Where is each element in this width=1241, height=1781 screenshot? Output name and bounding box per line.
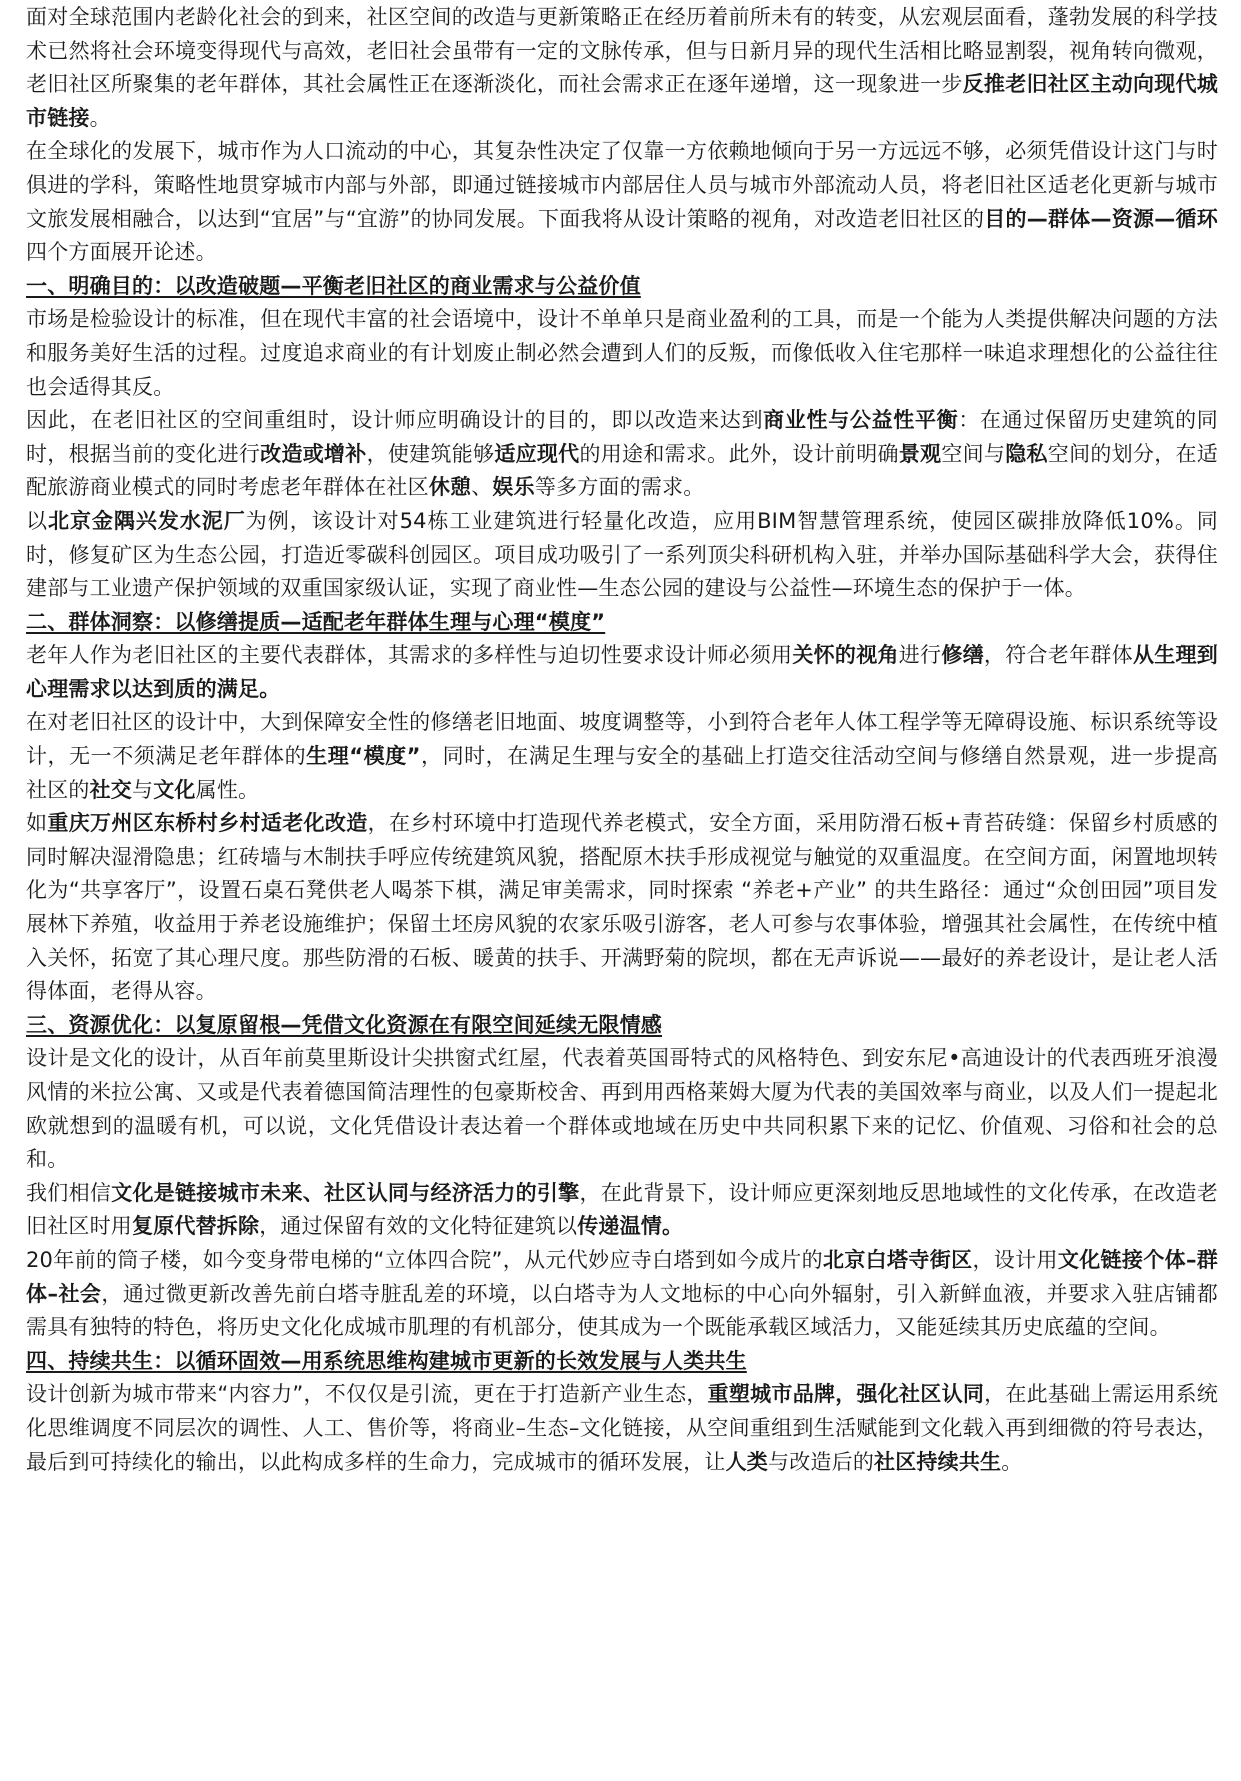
bold-text: 景观	[899, 442, 942, 466]
bold-text: 商业性与公益性平衡	[763, 408, 958, 432]
article-body: 面对全球范围内老龄化社会的到来，社区空间的改造与更新策略正在经历着前所未有的转变…	[26, 0, 1218, 1479]
bold-text: 重庆万州区东桥村乡村适老化改造	[47, 811, 367, 835]
bold-text: 四、持续共生：以循环固效—用系统思维构建城市更新的长效发展与人类共生	[26, 1349, 747, 1373]
text: 市场是检验设计的标准，但在现代丰富的社会语境中，设计不单单只是商业盈利的工具，而…	[26, 307, 1218, 398]
text: 因此，在老旧社区的空间重组时，设计师应明确设计的目的，即以改造来达到	[26, 408, 763, 432]
text: 老年人作为老旧社区的主要代表群体，其需求的多样性与迫切性要求设计师必须用	[26, 643, 792, 667]
bold-text: 文化是链接城市未来、社区认同与经济活力的引擎	[111, 1181, 579, 1205]
text: ，使建筑能够	[367, 442, 495, 466]
text: ，符合老年群体	[984, 643, 1133, 667]
bold-text: 适应现代	[494, 442, 579, 466]
section-heading: 四、持续共生：以循环固效—用系统思维构建城市更新的长效发展与人类共生	[26, 1345, 1218, 1379]
paragraph: 设计是文化的设计，从百年前莫里斯设计尖拱窗式红屋，代表着英国哥特式的风格特色、到…	[26, 1042, 1218, 1176]
paragraph: 因此，在老旧社区的空间重组时，设计师应明确设计的目的，即以改造来达到商业性与公益…	[26, 404, 1218, 505]
text: 等多方面的需求。	[535, 475, 705, 499]
bold-text: 二、群体洞察：以修缮提质—适配老年群体生理与心理“模度”	[26, 610, 605, 634]
bold-text: 社交	[90, 778, 132, 802]
paragraph: 面对全球范围内老龄化社会的到来，社区空间的改造与更新策略正在经历着前所未有的转变…	[26, 1, 1218, 135]
paragraph: 如重庆万州区东桥村乡村适老化改造，在乡村环境中打造现代养老模式，安全方面，采用防…	[26, 807, 1218, 1009]
text: 空间与	[941, 442, 1005, 466]
text: 以	[26, 509, 48, 533]
bold-text: 修缮	[941, 643, 984, 667]
paragraph: 以北京金隅兴发水泥厂为例，该设计对54栋工业建筑进行轻量化改造，应用BIM智慧管…	[26, 505, 1218, 606]
bold-text: 一、明确目的：以改造破题—平衡老旧社区的商业需求与公益价值	[26, 274, 641, 298]
bold-text: 北京金隅兴发水泥厂	[48, 509, 246, 533]
text: 20年前的筒子楼，如今变身带电梯的“立体四合院”，从元代妙应寺白塔到如今成片的	[26, 1248, 823, 1272]
section-heading: 三、资源优化：以复原留根—凭借文化资源在有限空间延续无限情感	[26, 1009, 1218, 1043]
bold-text: 传递温情。	[577, 1214, 683, 1238]
bold-text: 文化	[153, 778, 195, 802]
section-heading: 二、群体洞察：以修缮提质—适配老年群体生理与心理“模度”	[26, 606, 1218, 640]
text: 我们相信	[26, 1181, 111, 1205]
text: 、	[471, 475, 492, 499]
bold-text: 休憩	[429, 475, 471, 499]
bold-text: 社区持续共生	[874, 1450, 1001, 1474]
text: 如	[26, 811, 47, 835]
text: 与改造后的	[768, 1450, 874, 1474]
paragraph: 老年人作为老旧社区的主要代表群体，其需求的多样性与迫切性要求设计师必须用关怀的视…	[26, 639, 1218, 706]
bold-text: 关怀的视角	[792, 643, 898, 667]
text: 与	[132, 778, 153, 802]
text: 设计创新为城市带来“内容力”，不仅仅是引流，更在于打造新产业生态，	[26, 1382, 708, 1406]
bold-text: 改造或增补	[260, 442, 366, 466]
bold-text: 北京白塔寺街区	[823, 1248, 972, 1272]
text: 。	[90, 106, 111, 130]
text: 四个方面展开论述。	[26, 240, 217, 264]
bold-text: 目的—群体—资源—循环	[984, 207, 1218, 231]
paragraph: 我们相信文化是链接城市未来、社区认同与经济活力的引擎，在此背景下，设计师应更深刻…	[26, 1177, 1218, 1244]
text: 进行	[899, 643, 942, 667]
bold-text: 生理“模度”	[306, 744, 421, 768]
text: ，通过保留有效的文化特征建筑以	[259, 1214, 577, 1238]
section-heading: 一、明确目的：以改造破题—平衡老旧社区的商业需求与公益价值	[26, 270, 1218, 304]
text: 。	[1001, 1450, 1022, 1474]
paragraph: 在全球化的发展下，城市作为人口流动的中心，其复杂性决定了仅靠一方依赖地倾向于另一…	[26, 135, 1218, 269]
paragraph: 设计创新为城市带来“内容力”，不仅仅是引流，更在于打造新产业生态，重塑城市品牌，…	[26, 1378, 1218, 1479]
paragraph: 20年前的筒子楼，如今变身带电梯的“立体四合院”，从元代妙应寺白塔到如今成片的北…	[26, 1244, 1218, 1345]
bold-text: 隐私	[1005, 442, 1048, 466]
bold-text: 重塑城市品牌，强化社区认同	[708, 1382, 985, 1406]
paragraph: 在对老旧社区的设计中，大到保障安全性的修缮老旧地面、坡度调整等，小到符合老年人体…	[26, 706, 1218, 807]
text: ，通过微更新改善先前白塔寺脏乱差的环境，以白塔寺为人文地标的中心向外辐射，引入新…	[26, 1282, 1218, 1340]
bold-text: 娱乐	[492, 475, 534, 499]
bold-text: 复原代替拆除	[132, 1214, 259, 1238]
text: 的用途和需求。此外，设计前明确	[579, 442, 898, 466]
bold-text: 人类	[726, 1450, 768, 1474]
text: ，在乡村环境中打造现代养老模式，安全方面，采用防滑石板+青苔砖缝：保留乡村质感的…	[26, 811, 1218, 1003]
paragraph: 市场是检验设计的标准，但在现代丰富的社会语境中，设计不单单只是商业盈利的工具，而…	[26, 303, 1218, 404]
text: 属性。	[196, 778, 260, 802]
text: ，设计用	[972, 1248, 1057, 1272]
text: 设计是文化的设计，从百年前莫里斯设计尖拱窗式红屋，代表着英国哥特式的风格特色、到…	[26, 1046, 1218, 1171]
bold-text: 三、资源优化：以复原留根—凭借文化资源在有限空间延续无限情感	[26, 1013, 662, 1037]
